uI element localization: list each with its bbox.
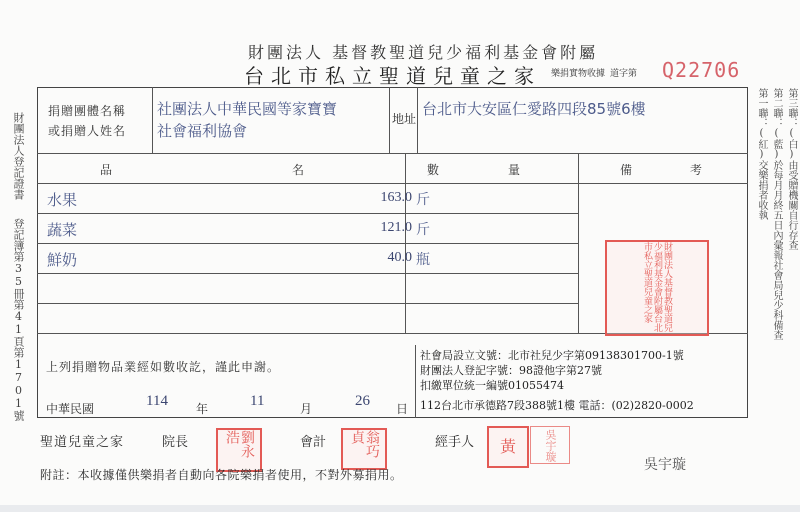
date-month: 11 (250, 393, 264, 410)
divider (578, 153, 579, 333)
org-address-phone: 112台北市承德路7段388號1樓 電話：(02)2820-0002 (420, 398, 694, 413)
divider (389, 87, 390, 153)
item-name: 鮮奶 (47, 249, 77, 270)
receipt-document: 財團法人 基督教聖道兒少福利基金會附屬 台北市私立聖道兒童之家 樂捐實物收據 道… (0, 0, 800, 505)
divider (417, 87, 418, 153)
item-name: 蔬菜 (47, 219, 77, 240)
date-year-label: 年 (196, 400, 208, 417)
date-day-label: 日 (396, 400, 408, 417)
divider (37, 243, 578, 244)
signature-org-name: 聖道兒童之家 (40, 431, 124, 450)
divider (37, 273, 578, 274)
divider (37, 153, 748, 154)
divider (405, 153, 406, 333)
registration-number: 登記簿第35冊第41頁第1701號 (12, 218, 25, 388)
handler-seal-two: 吳宇璇 (530, 426, 570, 464)
receipt-type: 樂捐實物收據 (551, 66, 605, 79)
date-era: 中華民國 (46, 400, 94, 417)
divider (37, 213, 578, 214)
accountant-seal: 翁巧貞 (341, 428, 387, 470)
handler-label: 經手人 (435, 431, 474, 450)
divider (37, 303, 578, 304)
donor-name: 社團法人中華民國等家寶寶 (157, 98, 337, 119)
serial-prefix: 道字第 (610, 66, 637, 79)
date-year: 114 (146, 393, 168, 410)
footnote: 附註：本收據僅供樂捐者自動向各院樂捐者使用，不對外募捐用。 (40, 466, 403, 483)
header-quantity-b: 量 (508, 161, 520, 178)
social-affairs-registration: 社會局設立文號：北市社兒少字第09138301700-1號 (420, 348, 684, 363)
tax-id: 扣繳單位統一編號01055474 (420, 378, 564, 393)
item-name: 水果 (47, 189, 77, 210)
address-label: 地址 (392, 110, 416, 127)
header-quantity-a: 數 (427, 161, 439, 178)
copy-two-note: 第二聯：(藍)於每月月終五日內彙報社會局兒少科備查 (770, 88, 782, 338)
copy-three-note: 第三聯：(白)由受贈機關自行存查 (785, 88, 797, 338)
divider (37, 183, 748, 184)
registration-certificate-label: 財團法人登記證書 (12, 112, 25, 200)
item-unit: 瓶 (416, 249, 430, 269)
donor-name-line2: 社會福利協會 (157, 120, 247, 141)
divider (152, 87, 153, 153)
donor-name-label-2: 或捐贈人姓名 (48, 122, 126, 139)
item-quantity: 163.0 (367, 190, 412, 206)
header-item-a: 品 (100, 161, 112, 178)
organization-seal: 財團法人基督教聖道兒少福利基金會附屬台北市私立聖道兒童之家 (605, 240, 709, 336)
foundation-registration: 財團法人登記字號：98證他字第27號 (420, 363, 602, 378)
copy-one-note: 第一聯：(紅)交樂捐者收執 (755, 88, 767, 338)
accountant-label: 會計 (300, 431, 326, 450)
item-unit: 斤 (416, 189, 430, 209)
date-month-label: 月 (300, 400, 312, 417)
handler-seal-one: 黃 (487, 426, 529, 468)
donor-address: 台北市大安區仁愛路四段85號6樓 (422, 98, 646, 119)
receipt-title: 台北市私立聖道兒童之家 (244, 60, 541, 89)
item-quantity: 121.0 (367, 220, 412, 236)
header-note-b: 考 (690, 161, 702, 178)
header-item-b: 名 (292, 161, 304, 178)
item-quantity: 40.0 (367, 250, 412, 266)
director-label: 院長 (162, 431, 188, 450)
header-note-a: 備 (620, 161, 632, 178)
handler-name: 吳宇璇 (644, 454, 686, 474)
item-unit: 斤 (416, 219, 430, 239)
serial-number: Q22706 (662, 58, 740, 82)
date-day: 26 (355, 393, 370, 410)
donor-name-label: 捐贈團體名稱 (48, 102, 126, 119)
acknowledgement-text: 上列捐贈物品業經如數收訖，謹此申謝。 (46, 358, 280, 375)
divider (415, 345, 416, 418)
